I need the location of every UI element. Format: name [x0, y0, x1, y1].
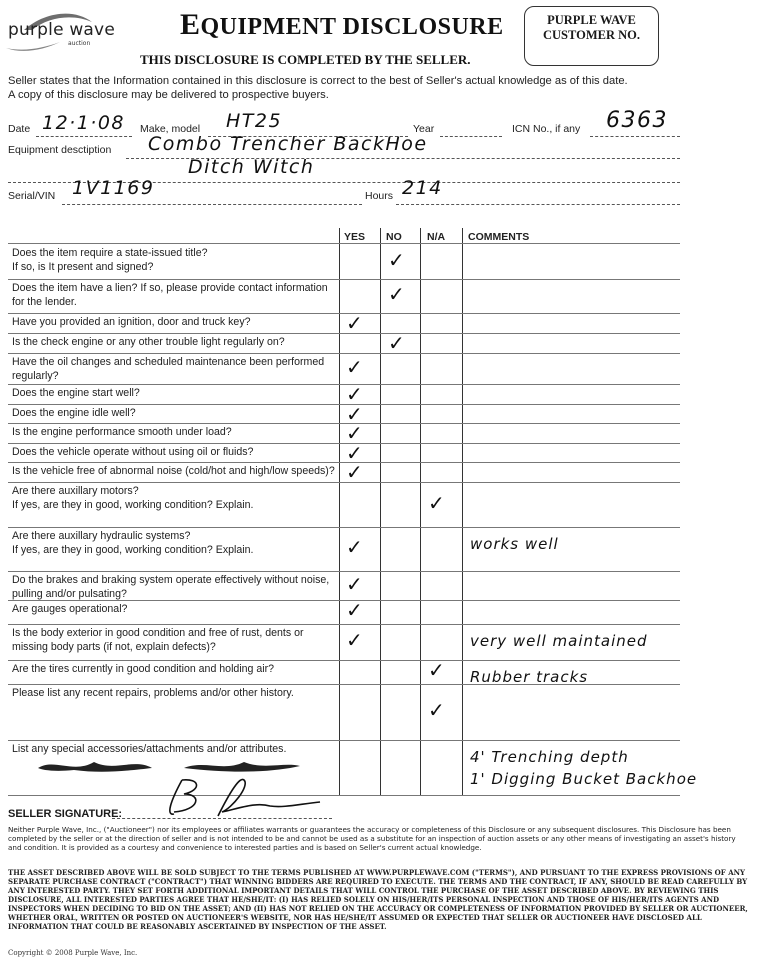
copyright-notice: Copyright © 2008 Purple Wave, Inc.	[8, 949, 137, 957]
serial-value: 1V1169	[72, 177, 154, 199]
serial-label: Serial/VIN	[8, 190, 55, 202]
comment-text[interactable]: 4' Trenching depth 1' Digging Bucket Bac…	[470, 746, 697, 790]
comment-text[interactable]: very well maintained	[470, 630, 648, 652]
answer-cell-na[interactable]	[421, 404, 461, 423]
checkmark-icon: ✓	[428, 700, 445, 720]
question-text: List any special accessories/attachments…	[12, 743, 337, 757]
answer-cell-no[interactable]	[381, 624, 419, 660]
answer-cell-no[interactable]	[381, 482, 419, 527]
hours-label: Hours	[365, 190, 393, 202]
answer-cell-yes[interactable]	[340, 244, 379, 279]
answer-cell-no[interactable]	[381, 353, 419, 384]
checkmark-icon: ✓	[428, 660, 445, 680]
answer-cell-no[interactable]	[381, 660, 419, 684]
answer-cell-yes[interactable]	[340, 333, 379, 353]
question-text: Does the vehicle operate without using o…	[12, 446, 337, 460]
question-text: Have you provided an ignition, door and …	[12, 316, 337, 330]
checkmark-icon: ✓	[388, 333, 405, 353]
answer-cell-na[interactable]	[421, 279, 461, 313]
answer-cell-no[interactable]	[381, 462, 419, 482]
checkmark-icon: ✓	[346, 537, 363, 557]
page-subtitle: THIS DISCLOSURE IS COMPLETED BY THE SELL…	[140, 52, 471, 68]
column-header-no: NO	[386, 231, 402, 243]
checkmark-icon: ✓	[346, 423, 363, 443]
answer-cell-na[interactable]	[421, 462, 461, 482]
question-text: Do the brakes and braking system operate…	[12, 574, 337, 601]
customer-box-label-2: CUSTOMER NO.	[525, 28, 658, 43]
intro-statement: Seller states that the Information conta…	[8, 74, 748, 102]
answer-cell-yes[interactable]	[340, 684, 379, 740]
question-text: Please list any recent repairs, problems…	[12, 687, 337, 701]
answer-cell-na[interactable]	[421, 624, 461, 660]
customer-box-label-1: PURPLE WAVE	[525, 13, 658, 28]
question-text: Are there auxillary motors? If yes, are …	[12, 485, 337, 512]
answer-cell-no[interactable]	[381, 684, 419, 740]
answer-cell-no[interactable]	[381, 404, 419, 423]
description-label: Equipment desctiption	[8, 144, 111, 156]
answer-cell-no[interactable]	[381, 443, 419, 462]
comment-text[interactable]: works well	[470, 533, 559, 555]
checkmark-icon: ✓	[388, 284, 405, 304]
answer-cell-no[interactable]	[381, 527, 419, 571]
date-label: Date	[8, 123, 30, 135]
date-value: 12·1·08	[42, 112, 125, 134]
question-text: Is the check engine or any other trouble…	[12, 336, 337, 350]
answer-cell-no[interactable]	[381, 384, 419, 404]
question-text: Does the item have a lien? If so, please…	[12, 282, 337, 309]
seller-signature	[160, 772, 330, 820]
answer-cell-yes[interactable]	[340, 482, 379, 527]
checkmark-icon: ✓	[388, 250, 405, 270]
answer-cell-no[interactable]	[381, 740, 419, 795]
answer-cell-na[interactable]	[421, 443, 461, 462]
answer-cell-no[interactable]	[381, 571, 419, 600]
table-row-divider	[8, 795, 680, 796]
checkmark-icon: ✓	[346, 574, 363, 594]
answer-cell-na[interactable]	[421, 333, 461, 353]
year-field[interactable]	[440, 116, 502, 137]
make-model-value: HT25	[226, 110, 282, 132]
answer-cell-na[interactable]	[421, 600, 461, 624]
icn-value: 6363	[606, 108, 668, 133]
answer-cell-no[interactable]	[381, 600, 419, 624]
question-text: Is the vehicle free of abnormal noise (c…	[12, 465, 337, 479]
question-text: Is the engine performance smooth under l…	[12, 426, 337, 440]
answer-cell-yes[interactable]	[340, 279, 379, 313]
answer-cell-na[interactable]	[421, 313, 461, 333]
description-value-line1: Combo Trencher BackHoe	[148, 133, 428, 155]
answer-cell-na[interactable]	[421, 384, 461, 404]
question-text: Is the body exterior in good condition a…	[12, 627, 337, 654]
description-value-line2: Ditch Witch	[188, 156, 314, 178]
answer-cell-na[interactable]	[421, 571, 461, 600]
question-text: Are the tires currently in good conditio…	[12, 663, 337, 677]
question-text: Have the oil changes and scheduled maint…	[12, 356, 337, 383]
column-header-yes: YES	[344, 231, 365, 243]
answer-cell-na[interactable]	[421, 423, 461, 443]
checkmark-icon: ✓	[346, 630, 363, 650]
customer-number-box[interactable]: PURPLE WAVE CUSTOMER NO.	[524, 6, 659, 66]
icn-label: ICN No., if any	[512, 123, 580, 135]
seller-signature-label: SELLER SIGNATURE:	[8, 808, 122, 820]
checkmark-icon: ✓	[346, 600, 363, 620]
disclaimer-paragraph: Neither Purple Wave, Inc., ("Auctioneer"…	[8, 825, 750, 852]
answer-cell-yes[interactable]	[340, 660, 379, 684]
checkmark-icon: ✓	[346, 357, 363, 377]
column-header-comments: COMMENTS	[468, 231, 529, 243]
question-text: Are there auxillary hydraulic systems? I…	[12, 530, 337, 557]
answer-cell-na[interactable]	[421, 740, 461, 795]
answer-cell-na[interactable]	[421, 527, 461, 571]
question-text: Does the engine start well?	[12, 387, 337, 401]
question-text: Does the item require a state-issued tit…	[12, 247, 337, 274]
checkmark-icon: ✓	[346, 462, 363, 482]
answer-cell-no[interactable]	[381, 313, 419, 333]
answer-cell-na[interactable]	[421, 353, 461, 384]
checkmark-icon: ✓	[428, 493, 445, 513]
question-text: Are gauges operational?	[12, 603, 337, 617]
comment-text[interactable]: Rubber tracks	[470, 666, 588, 688]
answer-cell-no[interactable]	[381, 423, 419, 443]
logo-subtext: auction	[68, 40, 90, 47]
page-title: EQUIPMENT DISCLOSURE	[180, 8, 504, 42]
logo-text: purple wave	[8, 20, 115, 40]
column-header-na: N/A	[427, 231, 445, 243]
answer-cell-yes[interactable]	[340, 740, 379, 795]
hours-value: 214	[402, 177, 443, 199]
checkmark-icon: ✓	[346, 384, 363, 404]
question-text: Does the engine idle well?	[12, 407, 337, 421]
checkmark-icon: ✓	[346, 313, 363, 333]
answer-cell-na[interactable]	[421, 244, 461, 279]
terms-paragraph: THE ASSET DESCRIBED ABOVE WILL BE SOLD S…	[8, 868, 750, 931]
